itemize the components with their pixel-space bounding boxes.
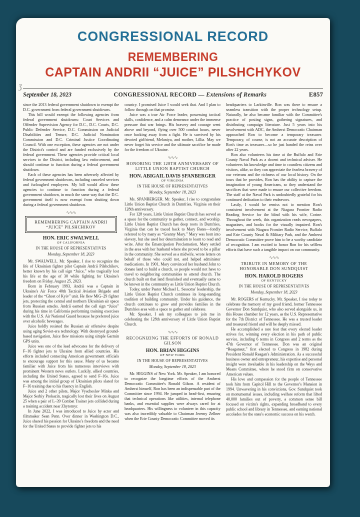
paragraph: In June 2022, I was introduced to Juice … bbox=[23, 409, 119, 429]
running-head: September 18, 2023 CONGRESSIONAL RECORD … bbox=[23, 88, 323, 99]
paragraph: Today, under Pastor Michael L. Sessoms' … bbox=[125, 287, 221, 312]
column-3: headquarters to Larkinville. Ron was the… bbox=[226, 103, 322, 430]
paragraph: Ms. SPANBERGER. Mr. Speaker, I rise to c… bbox=[125, 197, 221, 212]
speaker-state: OF CALIFORNIA bbox=[23, 241, 119, 245]
text-columns: since the 2013 federal government shutdo… bbox=[23, 103, 323, 430]
speaker-session-date: Monday, September 18, 2023 bbox=[23, 252, 119, 257]
speaker-state: OF NEW YORK bbox=[125, 354, 221, 358]
paragraph: Born in February 1993, Andrii was a Capt… bbox=[23, 284, 119, 324]
speaker-chamber: IN THE HOUSE OF REPRESENTATIVES bbox=[226, 284, 322, 289]
memorial-subtitle-line2: CAPTAIN ANDRII “JUICE” PILSHCHYKOV bbox=[16, 66, 330, 81]
paragraph: Juice and 2 other pilots, Major Vyachesl… bbox=[23, 389, 119, 409]
speaker-state: OF VIRGINIA bbox=[125, 179, 221, 183]
screenshot-background: CONGRESSIONAL RECORD REMEMBERING CAPTAIN… bbox=[0, 0, 360, 517]
speaker-chamber: IN THE HOUSE OF REPRESENTATIVES bbox=[23, 246, 119, 251]
article-heading-sundquist: TRIBUTE IN MEMORY OF THE HONORABLE DON S… bbox=[227, 261, 321, 271]
paragraph: Ron also volunteers his time at the Buff… bbox=[226, 153, 322, 203]
article-heading-gilson: RECOGNIZING THE EFFORTS OF RONALD GILSON bbox=[126, 336, 220, 346]
running-head-title: CONGRESSIONAL RECORD — Extensions of Rem… bbox=[114, 91, 267, 99]
speaker-chamber: IN THE HOUSE OF REPRESENTATIVES bbox=[125, 184, 221, 189]
margin-mark: ʒ bbox=[19, 82, 23, 91]
article-heading-remembering: REMEMBERING CAPTAIN ANDRII “JUICE” PILSH… bbox=[27, 218, 116, 232]
paragraph: For 128 years, Little Union Baptist Chur… bbox=[125, 212, 221, 287]
paragraph: Juice boldly resisted the Russian air of… bbox=[23, 324, 119, 344]
speaker-session-date: Monday, September 18, 2023 bbox=[226, 290, 322, 295]
article-separator-ornament: ∿∿∿ bbox=[125, 330, 221, 335]
speaker-state: OF KENTUCKY bbox=[226, 279, 322, 283]
congressional-record-page: CONGRESSIONAL RECORD REMEMBERING CAPTAIN… bbox=[16, 18, 330, 487]
page-title: CONGRESSIONAL RECORD bbox=[16, 29, 330, 45]
banner: CONGRESSIONAL RECORD REMEMBERING CAPTAIN… bbox=[16, 18, 330, 80]
speaker-chamber: IN THE HOUSE OF REPRESENTATIVES bbox=[125, 359, 221, 364]
paragraph: His love and compassion for the people o… bbox=[226, 377, 322, 417]
paragraph: headquarters to Larkinville. Ron was the… bbox=[226, 103, 322, 153]
article-heading-little-union: HONORING THE 128TH ANNIVERSARY OF LITTLE… bbox=[126, 161, 220, 171]
paragraph: since the 2013 federal government shutdo… bbox=[23, 103, 119, 113]
paragraph: This bill would exempt the following age… bbox=[23, 113, 119, 173]
paragraph: Mr. HIGGINS of New York. Mr. Speaker, I … bbox=[125, 372, 221, 422]
paragraph: Mr. Speaker, I ask my colleagues to join… bbox=[125, 312, 221, 327]
paragraph: country. I promised Juice I would seek t… bbox=[125, 103, 221, 113]
article-heading-box: REMEMBERING CAPTAIN ANDRII “JUICE” PILSH… bbox=[25, 216, 117, 233]
paragraph: He accomplished a rare feat that every e… bbox=[226, 327, 322, 377]
paragraph: Mr. ROGERS of Kentucky. Mr. Speaker, I r… bbox=[226, 297, 322, 327]
paragraph: Juice was one of the lead advocates for … bbox=[23, 344, 119, 389]
article-separator-ornament: ∿∿∿ bbox=[226, 255, 322, 260]
memorial-subtitle-line1: REMEMBERING bbox=[16, 51, 330, 65]
speaker-session-date: Monday, September 18, 2023 bbox=[125, 190, 221, 195]
running-head-title-italic: Extensions of Remarks bbox=[206, 91, 267, 98]
article-separator-ornament: ∿∿∿ bbox=[125, 155, 221, 160]
speaker-session-date: Monday, September 18, 2023 bbox=[125, 365, 221, 370]
column-2: country. I promised Juice I would seek t… bbox=[125, 103, 221, 430]
paragraph: Lastly, I would be remiss not to mention… bbox=[226, 203, 322, 253]
issue-date: September 18, 2023 bbox=[23, 91, 72, 99]
paragraph: Each of these agencies has been adversel… bbox=[23, 173, 119, 208]
paragraph: Juice was a true Air Force leader, posse… bbox=[125, 113, 221, 153]
article-separator-ornament: ∿∿∿ bbox=[23, 210, 119, 215]
paragraph: Mr. SWALWELL. Mr. Speaker, I rise to rec… bbox=[23, 259, 119, 284]
page-number: E857 bbox=[309, 91, 323, 99]
running-head-title-bold: CONGRESSIONAL RECORD — bbox=[114, 91, 206, 98]
column-1: since the 2013 federal government shutdo… bbox=[23, 103, 119, 430]
